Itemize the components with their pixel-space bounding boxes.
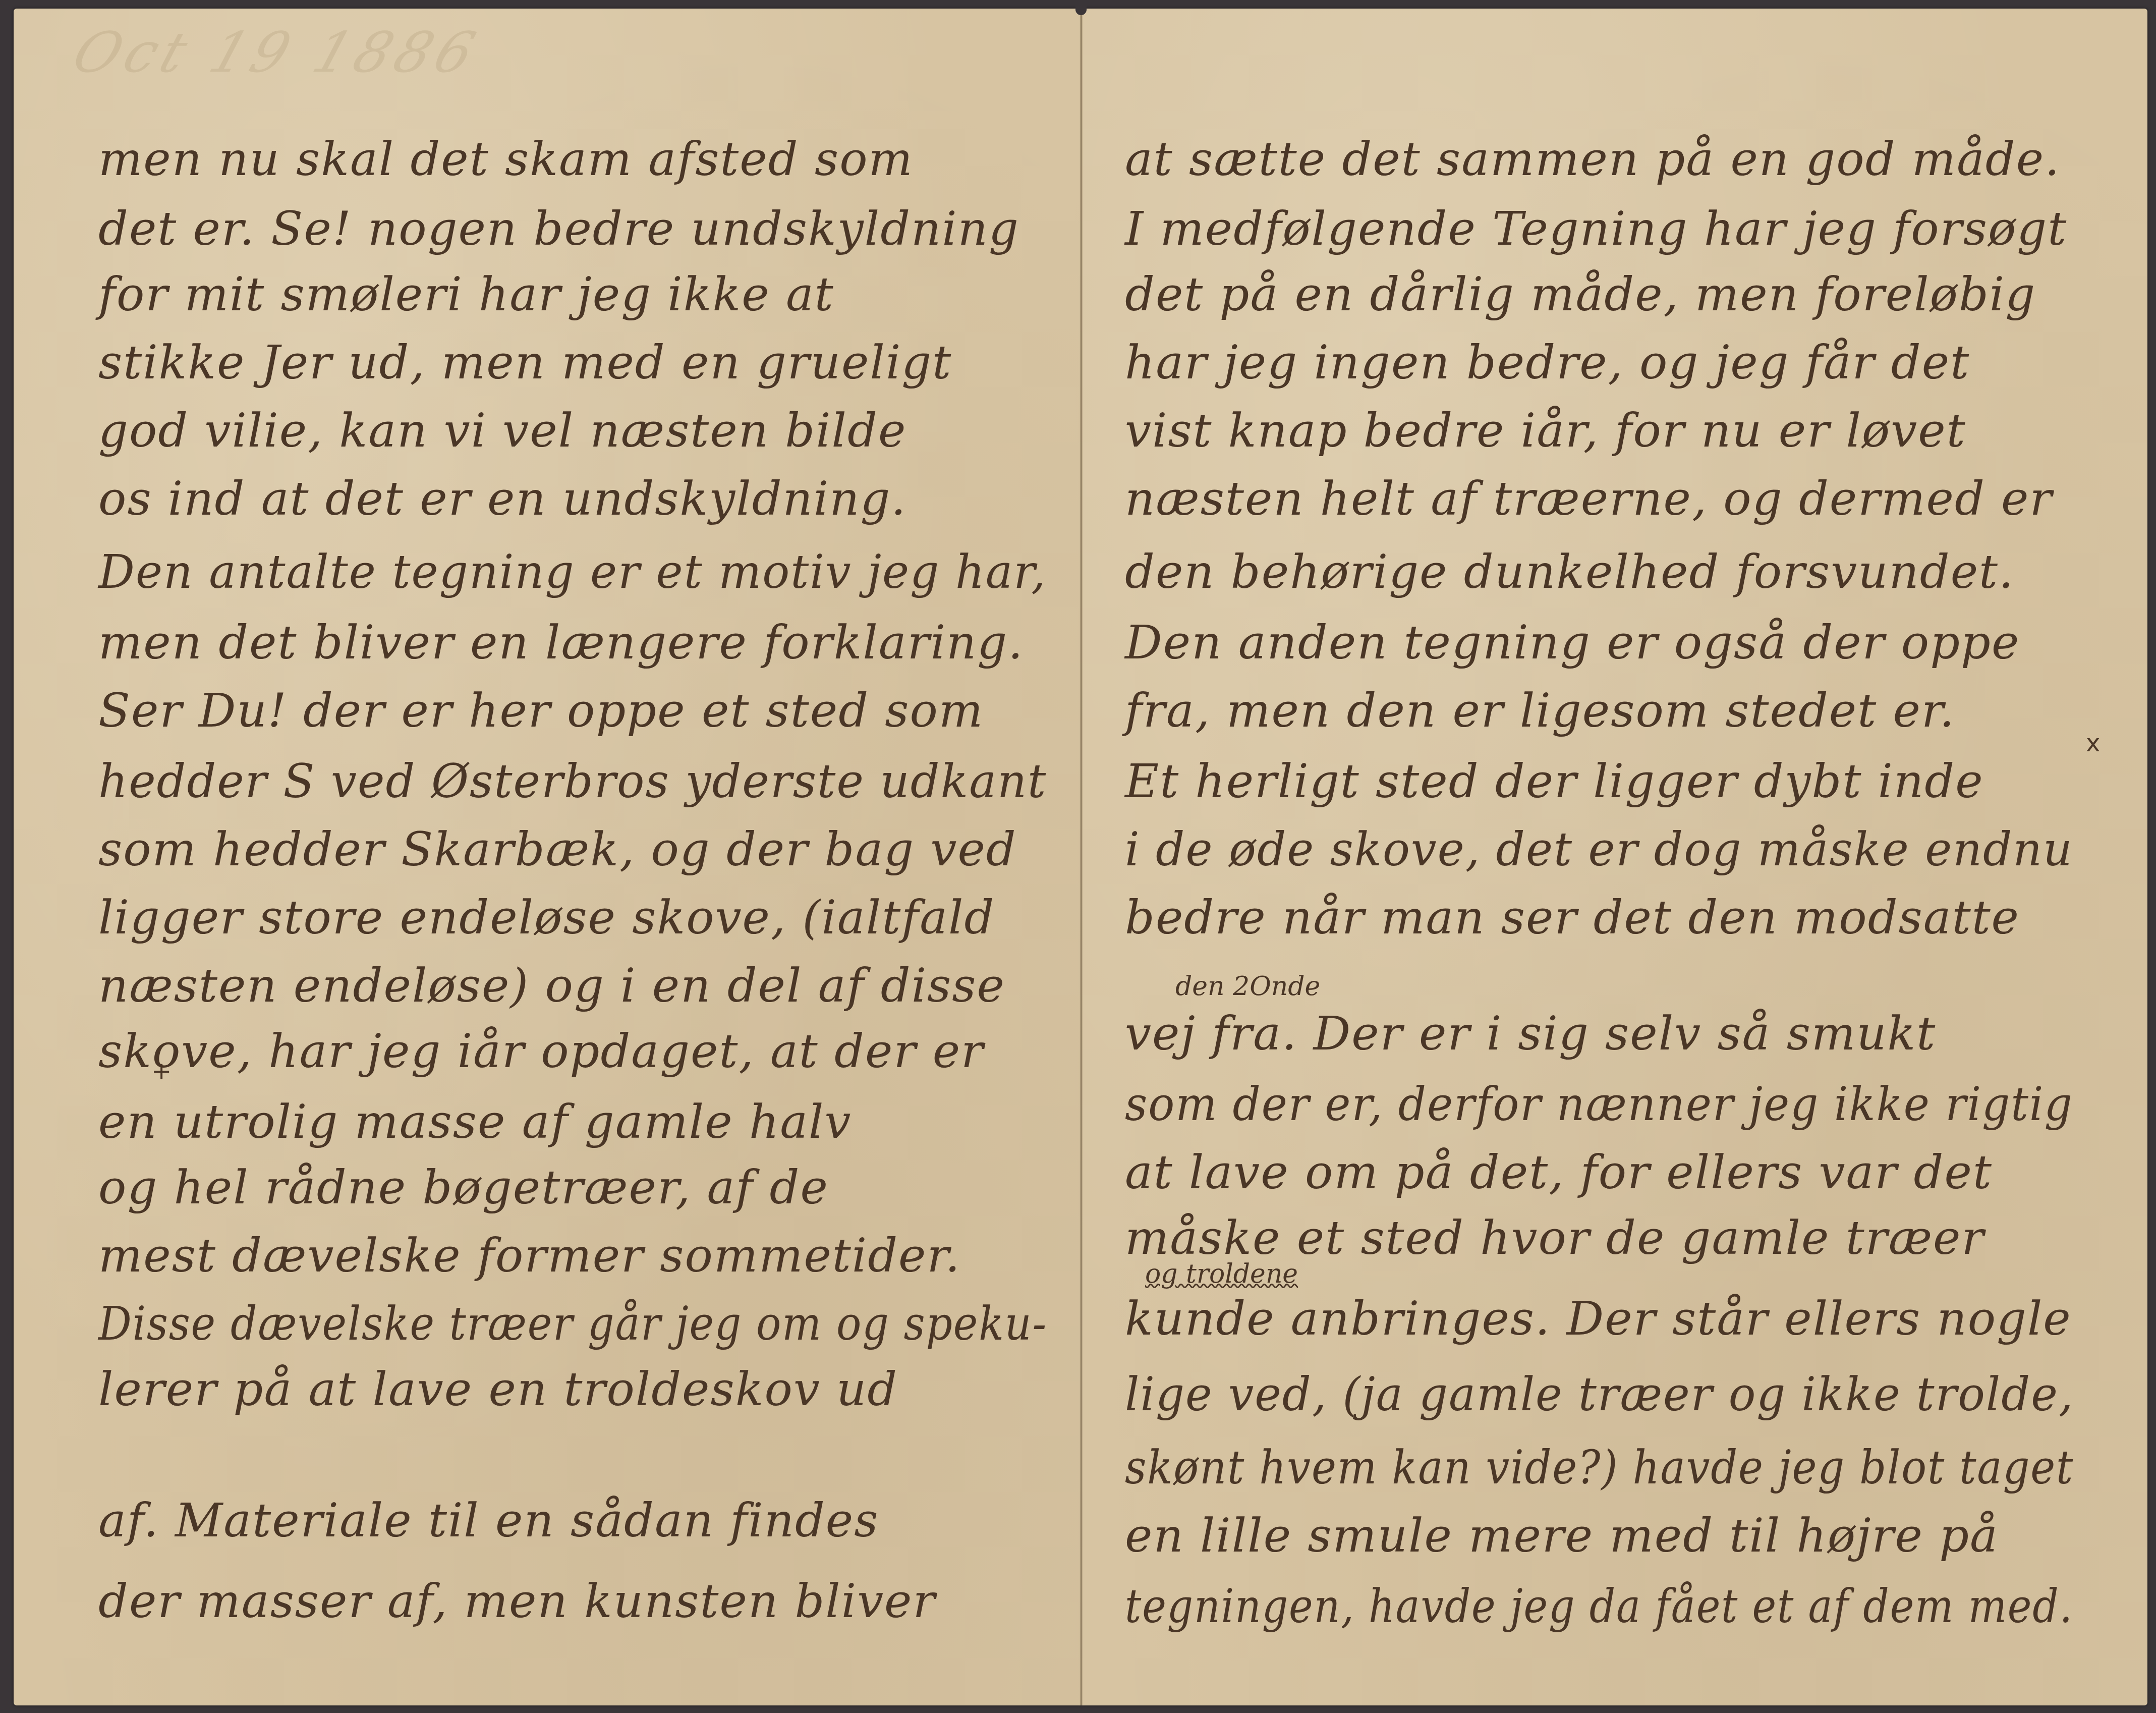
text-line: og hel rådne bøgetræer, af de [98,1161,829,1214]
text-line: vej fra. Der er i sig selv så smukt [1125,1007,1936,1061]
text-line: os ind at det er en undskyldning. [98,472,907,526]
text-line: Disse dævelske træer går jeg om og speku… [98,1297,1047,1351]
text-line: men det bliver en længere forklaring. [98,616,1024,670]
text-line: måske et sted hvor de gamle træer [1125,1211,1985,1265]
insertion-mark: x [2086,729,2100,757]
text-line: som hedder Skarbæk, og der bag ved [98,822,1017,876]
text-line: det på en dårlig måde, men foreløbig [1125,267,2036,321]
text-line: Den anden tegning er også der oppe [1125,616,2020,670]
text-line: i de øde skove, det er dog måske endnu [1125,822,2073,876]
text-line: at sætte det sammen på en god måde. [1125,132,2060,186]
text-line: I medfølgende Tegning har jeg forsøgt [1125,202,2067,256]
text-line: vist knap bedre iår, for nu er løvet [1125,404,1966,458]
fold-notch [1075,0,1087,15]
text-line: fra, men den er ligesom stedet er. [1125,684,1955,738]
bleed-through-text: Oct 19 1886 [65,20,487,85]
text-line: den behørige dunkelhed forsvundet. [1125,545,2014,599]
text-line: lige ved, (ja gamle træer og ikke trolde… [1125,1367,2074,1421]
text-line: men nu skal det skam afsted som [98,132,914,186]
text-line: Den antalte tegning er et motiv jeg har, [98,545,1047,599]
text-line: en lille smule mere med til højre på [1125,1509,1999,1563]
text-line: som der er, derfor nænner jeg ikke rigti… [1125,1077,2073,1131]
text-line: af. Materiale til en sådan findes [98,1494,879,1548]
text-line: hedder S ved Østerbros yderste udkant [98,754,1047,808]
text-line: det er. Se! nogen bedre undskyldning [98,202,1019,256]
text-line: næsten helt af træerne, og dermed er [1125,472,2053,526]
center-fold [1080,9,1083,1705]
text-line: Et herligt sted der ligger dybt inde [1125,754,1984,808]
insertion-mark: + [151,1057,172,1085]
text-line: mest dævelske former sommetider. [98,1229,961,1283]
text-line: skønt hvem kan vide?) havde jeg blot tag… [1125,1441,2074,1495]
insertion-den-2onde: den 2Onde [1175,971,1320,1002]
text-line: har jeg ingen bedre, og jeg får det [1125,336,1970,390]
text-line: Ser Du! der er her oppe et sted som [98,684,984,738]
text-line: næsten endeløse) og i en del af disse [98,959,1005,1013]
text-line: stikke Jer ud, men med en grueligt [98,336,952,390]
text-line: en utrolig masse af gamle halv [98,1095,852,1149]
text-line: der masser af, men kunsten bliver [98,1574,936,1628]
text-line: at lave om på det, for ellers var det [1125,1145,1993,1199]
insertion-og-troldene: og troldene [1145,1259,1298,1289]
text-line: bedre når man ser det den modsatte [1125,891,2020,945]
text-line: tegningen, havde jeg da fået et af dem m… [1125,1579,2073,1633]
text-line: god vilie, kan vi vel næsten bilde [98,404,906,458]
text-line: kunde anbringes. Der står ellers nogle [1125,1292,2072,1346]
text-line: skove, har jeg iår opdaget, at der er [98,1024,984,1078]
text-line: lerer på at lave en troldeskov ud [98,1362,898,1416]
text-line: ligger store endeløse skove, (ialtfald [98,891,995,945]
text-line: for mit smøleri har jeg ikke at [98,267,834,321]
